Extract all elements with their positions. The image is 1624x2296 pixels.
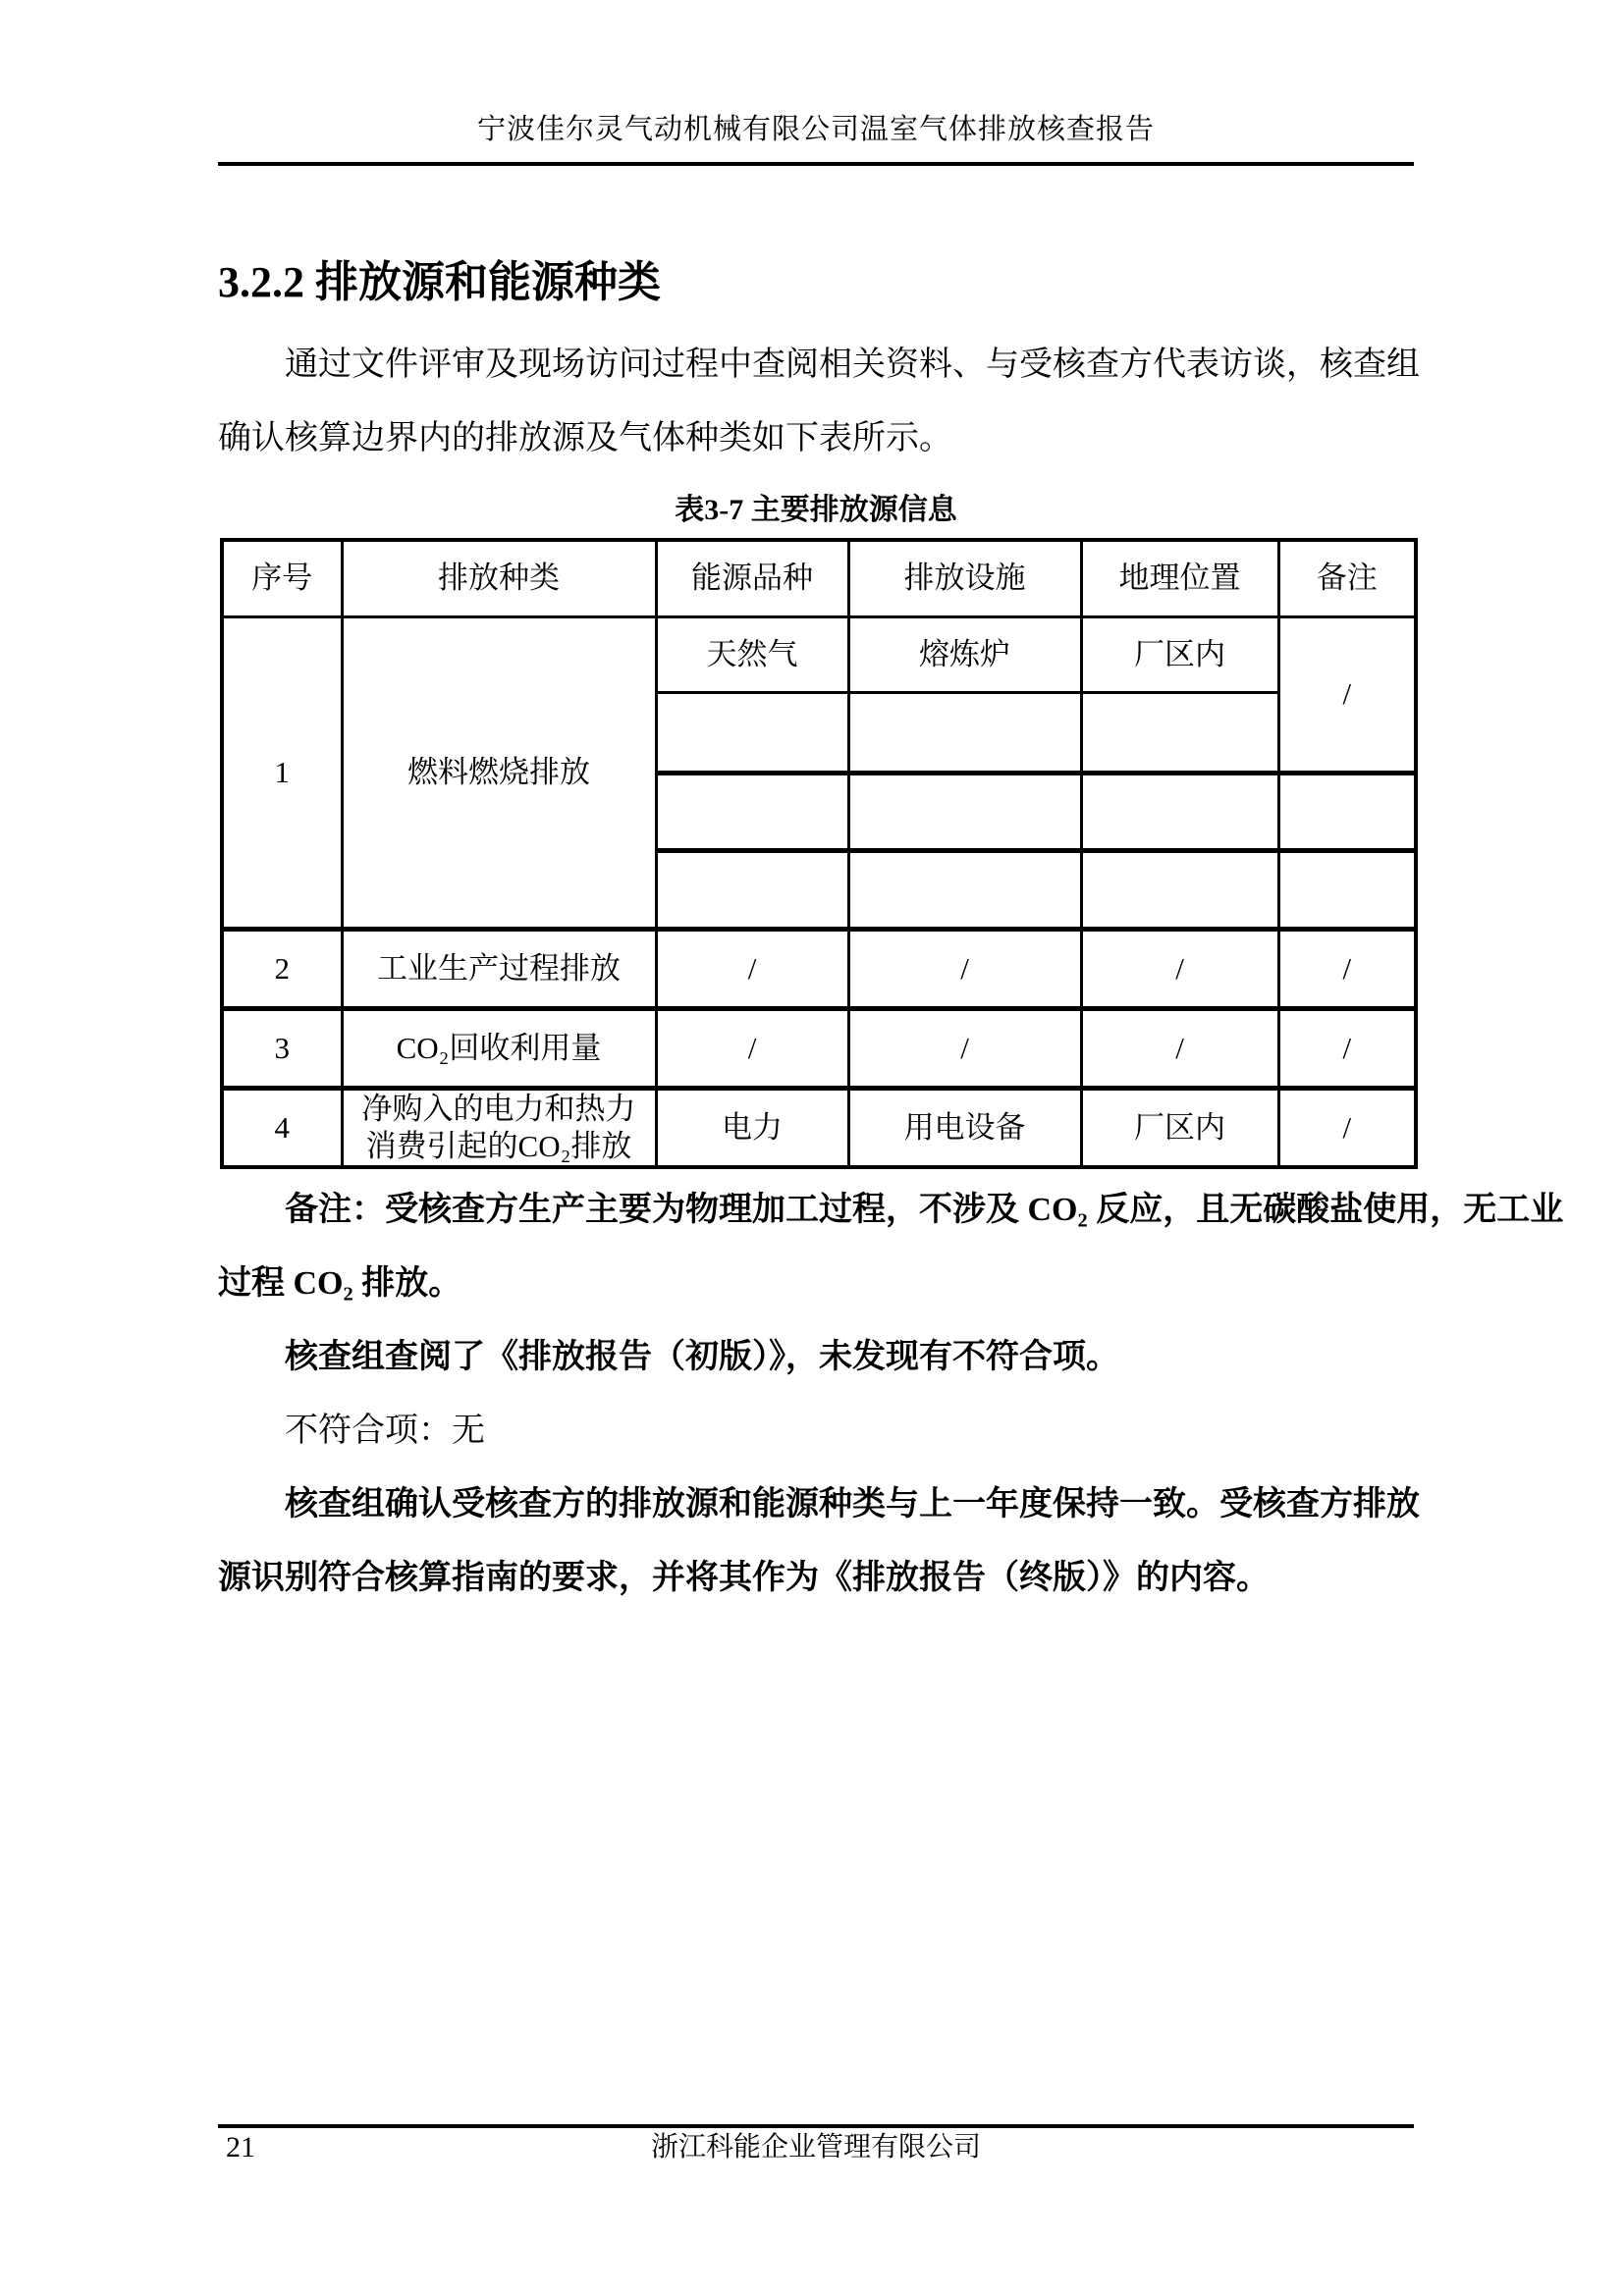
empty-cell — [656, 850, 848, 929]
table-cell-row1-type: 燃料燃烧排放 — [342, 616, 656, 929]
paragraph-line: 源识别符合核算指南的要求，并将其作为《排放报告（终版）》的内容。 — [218, 1541, 1418, 1615]
table-header-cell: 能源品种 — [656, 540, 848, 616]
paragraph-line: 确认核算边界内的排放源及气体种类如下表所示。 — [218, 401, 1418, 475]
header-divider — [218, 162, 1414, 166]
paragraph-line: 过程 CO₂ 排放。 — [218, 1247, 1418, 1320]
table-cell-row2-energy: / — [656, 929, 848, 1008]
table-cell-row3-type: CO₂回收利用量 — [342, 1008, 656, 1088]
note-paragraph: 备注：受核查方生产主要为物理加工过程，不涉及 CO₂ 反应，且无碳酸盐使用，无工… — [218, 1173, 1418, 1320]
paragraph-line: 通过文件评审及现场访问过程中查阅相关资料、与受核查方代表访谈，核查组 — [218, 328, 1418, 401]
footer-company-name: 浙江科能企业管理有限公司 — [218, 2130, 1414, 2165]
table-header-cell: 地理位置 — [1081, 540, 1278, 616]
table-cell-row3-facility: / — [848, 1008, 1081, 1088]
paragraph-line: 核查组确认受核查方的排放源和能源种类与上一年度保持一致。受核查方排放 — [218, 1468, 1418, 1541]
table-cell-row4-note: / — [1278, 1088, 1416, 1167]
document-page: 宁波佳尔灵气动机械有限公司温室气体排放核查报告 3.2.2 排放源和能源种类 通… — [0, 0, 1624, 2296]
table-header-row: 序号 排放种类 能源品种 排放设施 地理位置 备注 — [222, 540, 1416, 616]
table-cell-row3-note: / — [1278, 1008, 1416, 1088]
table-cell-row3-location: / — [1081, 1008, 1278, 1088]
emission-sources-table: 序号 排放种类 能源品种 排放设施 地理位置 备注 1 燃料燃烧排放 天然气 熔… — [220, 538, 1418, 1169]
empty-cell — [1081, 773, 1278, 850]
table-cell-row2-facility: / — [848, 929, 1081, 1008]
table-cell-row1-location: 厂区内 — [1081, 616, 1278, 692]
table-row: 4 净购入的电力和热力消费引起的CO₂排放 电力 用电设备 厂区内 / — [222, 1088, 1416, 1167]
table-row: 2 工业生产过程排放 / / / / — [222, 929, 1416, 1008]
empty-cell — [848, 850, 1081, 929]
table-caption: 表3-7 主要排放源信息 — [218, 489, 1414, 532]
table-cell-row3-energy: / — [656, 1008, 848, 1088]
section-heading: 3.2.2 排放源和能源种类 — [218, 257, 661, 308]
intro-paragraph: 通过文件评审及现场访问过程中查阅相关资料、与受核查方代表访谈，核查组 确认核算边… — [218, 328, 1418, 475]
table-header-cell: 序号 — [222, 540, 342, 616]
table-cell-row2-type: 工业生产过程排放 — [342, 929, 656, 1008]
table-row: 1 燃料燃烧排放 天然气 熔炼炉 厂区内 / — [222, 616, 1416, 692]
table-cell-row4-energy: 电力 — [656, 1088, 848, 1167]
empty-cell — [1081, 850, 1278, 929]
paragraph-line: 不符合项：无 — [218, 1394, 1418, 1468]
table-header-cell: 排放设施 — [848, 540, 1081, 616]
empty-cell — [1278, 850, 1416, 929]
review-paragraph: 核查组查阅了《排放报告（初版）》，未发现有不符合项。 — [218, 1320, 1418, 1394]
nonconformity-paragraph: 不符合项：无 — [218, 1394, 1418, 1468]
table-cell-row4-location: 厂区内 — [1081, 1088, 1278, 1167]
table-row: 3 CO₂回收利用量 / / / / — [222, 1008, 1416, 1088]
empty-cell — [656, 692, 848, 773]
table-cell-row3-num: 3 — [222, 1008, 342, 1088]
table-header-cell: 备注 — [1278, 540, 1416, 616]
table-container: 序号 排放种类 能源品种 排放设施 地理位置 备注 1 燃料燃烧排放 天然气 熔… — [220, 538, 1418, 1169]
empty-cell — [656, 773, 848, 850]
paragraph-line: 核查组查阅了《排放报告（初版）》，未发现有不符合项。 — [218, 1320, 1418, 1394]
empty-cell — [1278, 773, 1416, 850]
table-cell-row2-location: / — [1081, 929, 1278, 1008]
empty-cell — [848, 692, 1081, 773]
table-cell-row1-facility: 熔炼炉 — [848, 616, 1081, 692]
table-cell-row1-note: / — [1278, 616, 1416, 773]
empty-cell — [848, 773, 1081, 850]
table-cell-row4-num: 4 — [222, 1088, 342, 1167]
table-cell-row4-type: 净购入的电力和热力消费引起的CO₂排放 — [342, 1088, 656, 1167]
report-header-title: 宁波佳尔灵气动机械有限公司温室气体排放核查报告 — [218, 110, 1414, 149]
footer-divider — [218, 2124, 1414, 2128]
confirmation-paragraph: 核查组确认受核查方的排放源和能源种类与上一年度保持一致。受核查方排放 源识别符合… — [218, 1468, 1418, 1615]
table-header-cell: 排放种类 — [342, 540, 656, 616]
table-cell-row1-energy: 天然气 — [656, 616, 848, 692]
table-cell-row2-note: / — [1278, 929, 1416, 1008]
table-cell-row2-num: 2 — [222, 929, 342, 1008]
table-cell-row4-facility: 用电设备 — [848, 1088, 1081, 1167]
table-cell-row1-num: 1 — [222, 616, 342, 929]
empty-cell — [1081, 692, 1278, 773]
paragraph-line: 备注：受核查方生产主要为物理加工过程，不涉及 CO₂ 反应，且无碳酸盐使用，无工… — [218, 1173, 1418, 1247]
